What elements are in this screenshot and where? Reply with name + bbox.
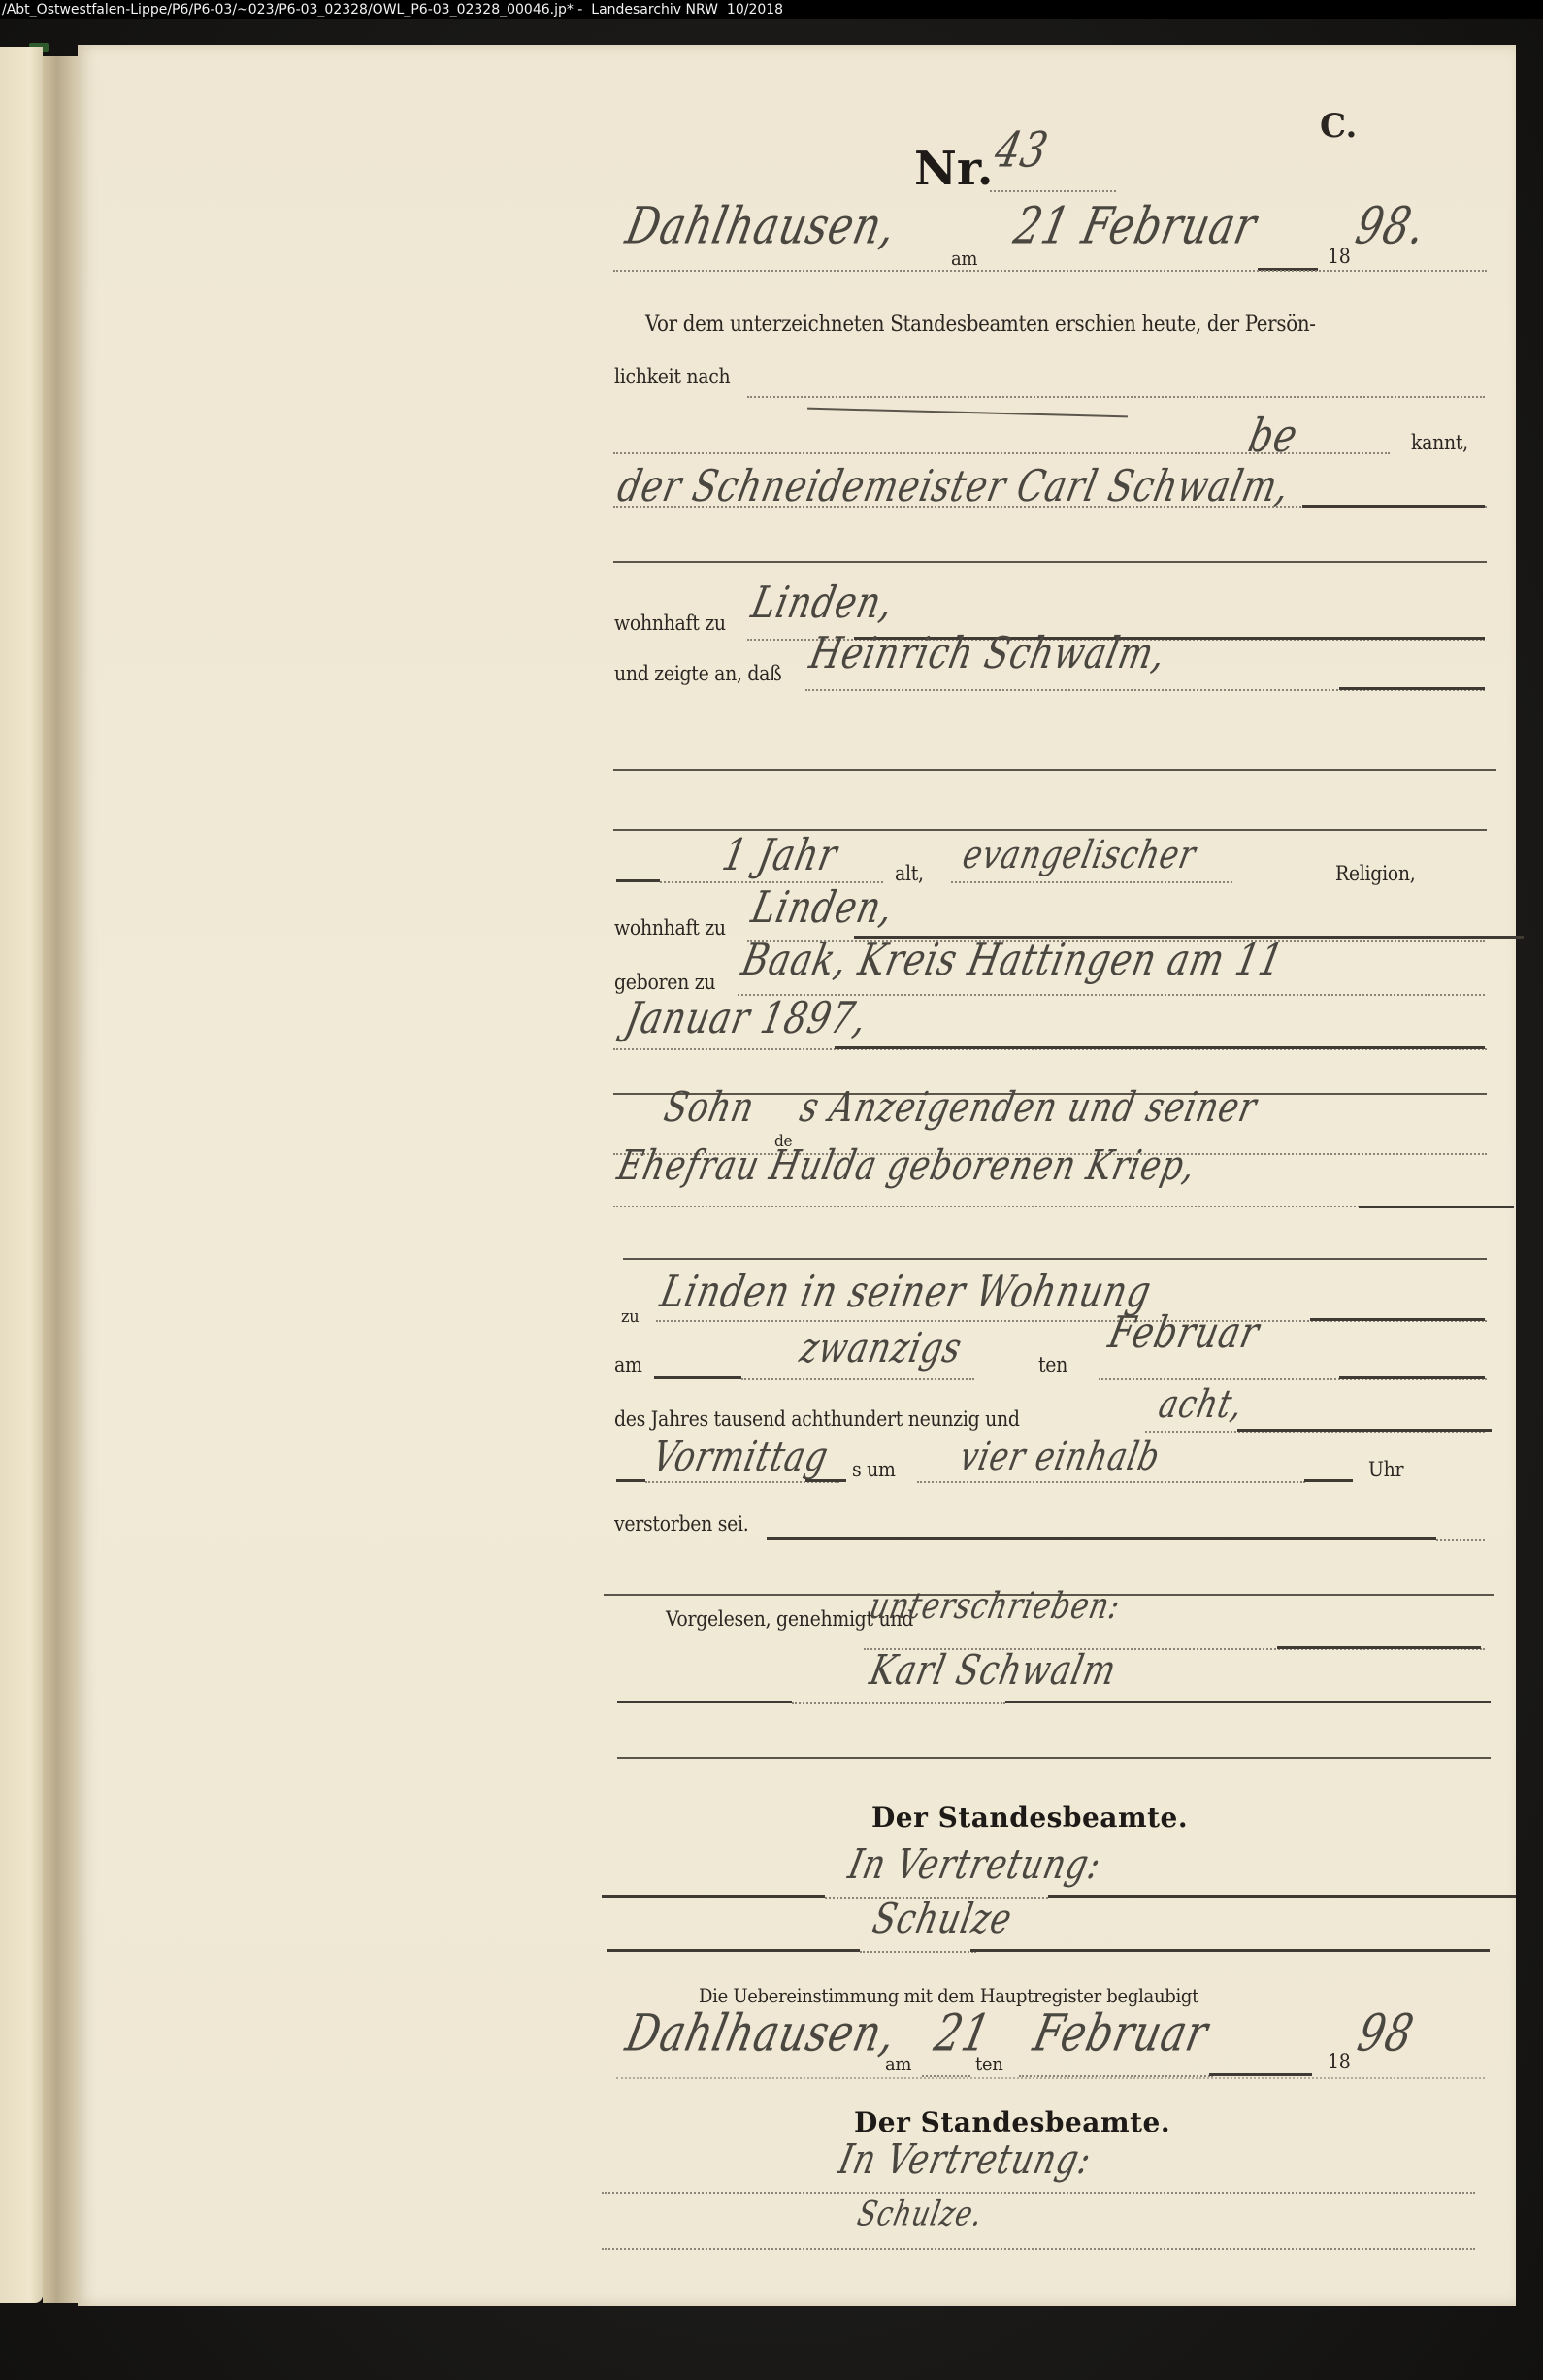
intro-line-2 bbox=[747, 396, 1485, 398]
age-value: 1 Jahr bbox=[718, 831, 842, 880]
deceased-residence-value: Linden, bbox=[747, 883, 898, 933]
cert-place: Dahlhausen, bbox=[621, 2003, 902, 2063]
hour-value: vier einhalb bbox=[956, 1434, 1165, 1480]
registrar-right-line bbox=[1048, 1895, 1516, 1898]
declarant-fill bbox=[1302, 505, 1485, 508]
form-letter: C. bbox=[1320, 107, 1357, 146]
strike-line bbox=[807, 408, 1128, 418]
cert-month-fill bbox=[1209, 2073, 1312, 2076]
deceased-label: verstorben sei. bbox=[614, 1512, 748, 1536]
death-place-label: zu bbox=[621, 1306, 639, 1327]
cert-registrar-deputy: In Vertretung: bbox=[835, 2135, 1096, 2184]
age-label: alt, bbox=[895, 862, 924, 885]
deceased-name: Heinrich Schwalm, bbox=[805, 629, 1170, 678]
cert-ten-label: ten bbox=[975, 2052, 1003, 2075]
relation-value: Sohn bbox=[660, 1083, 759, 1132]
death-place-value: Linden in seiner Wohnung bbox=[656, 1268, 1156, 1317]
book-gutter bbox=[43, 56, 78, 2303]
registrar-sig-left-line bbox=[607, 1949, 860, 1952]
death-day-suffix: ten bbox=[1038, 1353, 1067, 1376]
cert-registrar-heading: Der Standesbeamte. bbox=[854, 2106, 1170, 2138]
cert-registrar-sig-line bbox=[602, 2248, 1475, 2250]
blank-line-6 bbox=[617, 1757, 1491, 1759]
registrar-left-line bbox=[602, 1895, 825, 1898]
cert-registrar-line bbox=[602, 2192, 1475, 2194]
declarant-sig-left-line bbox=[617, 1701, 792, 1703]
age-prefix-line bbox=[616, 879, 660, 882]
hour-label: Uhr bbox=[1368, 1458, 1403, 1481]
religion-label: Religion, bbox=[1335, 862, 1415, 885]
parents-line-2: Ehefrau Hulda geborenen Kriep, bbox=[613, 1141, 1200, 1190]
register-page: C. Nr. 43 Dahlhausen, am 21 Februar 18 9… bbox=[78, 45, 1516, 2306]
declarant-name: der Schneidemeister Carl Schwalm, bbox=[613, 462, 1295, 512]
number-line bbox=[990, 190, 1116, 192]
record-number: 43 bbox=[990, 123, 1053, 180]
approval-fill bbox=[1277, 1646, 1481, 1649]
death-day-line bbox=[741, 1378, 974, 1380]
cert-year-prefix: 18 bbox=[1328, 2050, 1350, 2073]
religion-value: evangelischer bbox=[959, 832, 1200, 878]
registrar-heading: Der Standesbeamte. bbox=[871, 1802, 1188, 1834]
cert-month: Februar bbox=[1029, 2003, 1214, 2063]
parents-line-1: s Anzeigenden und seiner bbox=[796, 1083, 1262, 1132]
registrar-deputy: In Vertretung: bbox=[844, 1840, 1105, 1889]
time-of-day-fill bbox=[805, 1479, 846, 1482]
known-line bbox=[613, 452, 1390, 454]
deceased-line bbox=[1436, 1539, 1485, 1541]
declarant-sig-right-line bbox=[1005, 1701, 1491, 1703]
death-place-fill bbox=[1310, 1318, 1485, 1321]
born-label: geboren zu bbox=[614, 971, 715, 994]
hour-line bbox=[917, 1481, 1305, 1483]
born-value-line-1: Baak, Kreis Hattingen am 11 bbox=[738, 936, 1288, 985]
death-day-value: zwanzigs bbox=[796, 1324, 967, 1372]
residence-value: Linden, bbox=[747, 578, 898, 628]
hour-fill bbox=[1304, 1479, 1353, 1482]
header-place: Dahlhausen, bbox=[621, 196, 902, 255]
born-fill bbox=[835, 1046, 1485, 1049]
header-date: 21 Februar bbox=[1009, 196, 1263, 255]
window-title-bar: /Abt_Ostwestfalen-Lippe/P6/P6-03/~023/P6… bbox=[0, 0, 1543, 19]
registrar-sig-right-line bbox=[970, 1949, 1490, 1952]
intro-line-2-label: lichkeit nach bbox=[614, 365, 730, 388]
residence-label: wohnhaft zu bbox=[614, 612, 726, 635]
born-value-line-2: Januar 1897, bbox=[621, 994, 871, 1043]
death-year-value: acht, bbox=[1155, 1381, 1248, 1428]
deceased-fill bbox=[767, 1537, 1436, 1540]
declarant-sig-line bbox=[792, 1702, 1005, 1704]
blank-line-4 bbox=[623, 1258, 1487, 1260]
number-label: Nr. bbox=[914, 142, 993, 196]
cert-am-label: am bbox=[885, 2052, 911, 2075]
header-year-prefix: 18 bbox=[1328, 245, 1350, 268]
approval-value: unterschrieben: bbox=[866, 1585, 1125, 1628]
death-day-prefix-line bbox=[654, 1376, 741, 1379]
header-year-suffix: 98. bbox=[1351, 196, 1431, 255]
declarant-line-2 bbox=[613, 561, 1487, 563]
reported-fill bbox=[1339, 687, 1485, 690]
time-prefix-line bbox=[616, 1479, 645, 1482]
time-suffix-label: s um bbox=[852, 1458, 896, 1481]
religion-line bbox=[951, 881, 1232, 883]
header-line bbox=[613, 270, 1487, 272]
blank-line-1 bbox=[613, 769, 1496, 771]
parents-fill bbox=[1359, 1206, 1514, 1208]
cert-line bbox=[616, 2077, 1485, 2079]
deceased-residence-label: wohnhaft zu bbox=[614, 916, 726, 940]
cert-year-suffix: 98 bbox=[1353, 2003, 1419, 2063]
header-am-label: am bbox=[951, 247, 977, 270]
intro-line-1: Vor dem unterzeichneten Standesbeamten e… bbox=[645, 313, 1316, 337]
previous-page-edge bbox=[0, 47, 43, 2303]
death-day-label: am bbox=[614, 1353, 642, 1376]
registrar-signature: Schulze bbox=[869, 1895, 1017, 1943]
death-month-value: Februar bbox=[1104, 1308, 1264, 1358]
cert-registrar-signature: Schulze. bbox=[854, 2194, 987, 2233]
death-month-fill bbox=[1339, 1376, 1485, 1379]
declarant-signature: Karl Schwalm bbox=[866, 1646, 1121, 1695]
registrar-sig-line bbox=[860, 1951, 976, 1953]
time-of-day-value: Vormittag bbox=[648, 1433, 833, 1481]
death-year-label: des Jahres tausend achthundert neunzig u… bbox=[614, 1407, 1020, 1431]
parents-line-2-rule bbox=[613, 1206, 1487, 1207]
known-label: kannt, bbox=[1411, 431, 1468, 454]
death-year-fill bbox=[1237, 1429, 1492, 1432]
reported-label: und zeigte an, daß bbox=[614, 662, 781, 685]
